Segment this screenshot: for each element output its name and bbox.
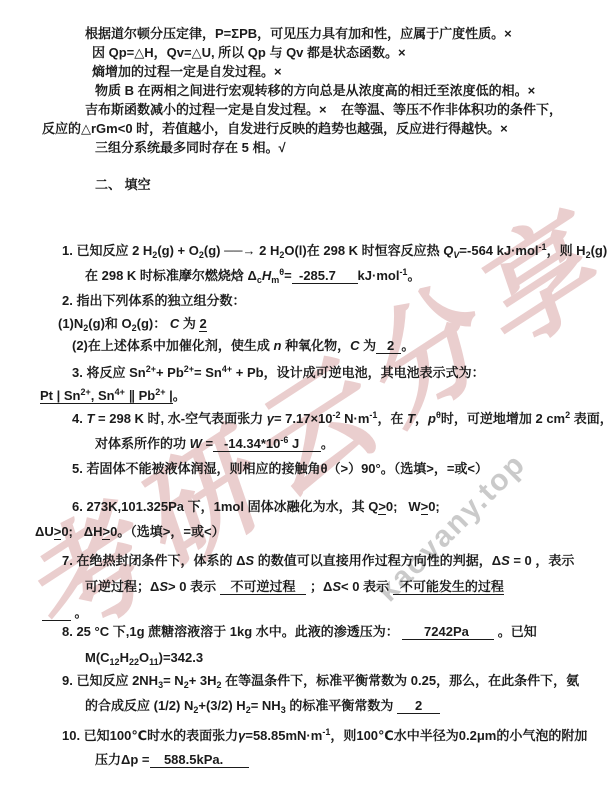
q2-line-1: 2. 指出下列体系的独立组分数： <box>62 292 245 309</box>
text-segment: 9. 已知反应 2NH <box>62 673 158 688</box>
answer-blank: -285.7 <box>292 268 358 284</box>
text-segment: +(3/2) H <box>198 698 245 713</box>
text-segment: 2+ <box>184 364 194 374</box>
q2-line-2: (1)N2(g)和 O2(g)： C 为 2 <box>58 315 207 337</box>
text-segment: 的合成反应 (1/2) N <box>85 698 193 713</box>
text-segment: (2)在上述体系中加催化剂，使生成 <box>72 338 274 353</box>
text-segment: 10. 已知100℃时水的表面张力 <box>62 728 238 743</box>
text-segment: 表面， <box>570 411 608 426</box>
answer-blank: 不可能发生的过程 <box>393 579 504 595</box>
text-segment: ΔU <box>35 524 54 539</box>
q10-line-2: 压力Δp = 588.5kPa. <box>95 751 249 768</box>
text-segment: S <box>245 553 254 568</box>
q7-line-3: 。 <box>42 604 88 621</box>
answer-text: J <box>288 436 321 451</box>
text-segment: 为 <box>359 338 376 353</box>
text-segment: W <box>190 436 202 451</box>
statement-5: 吉布斯函数减小的过程一定是自发过程。× 在等温、等压不作非体积功的条件下， <box>85 101 562 118</box>
text-segment: 。 <box>407 268 420 283</box>
text-segment: O <box>139 650 149 665</box>
text-segment: > 0 表示 <box>168 579 220 594</box>
text-segment: 。 <box>173 388 186 403</box>
text-segment: )=342.3 <box>159 650 203 665</box>
text-segment: T <box>407 411 415 426</box>
answer-text: 2+ <box>80 387 90 397</box>
q4-line-1: 4. T = 298 K 时, 水-空气表面张力 γ= 7.17×10-2 N·… <box>72 407 608 427</box>
q3-line-2: Pt | Sn2+, Sn4+ ∥ Pb2+ |。 <box>40 384 186 404</box>
text-segment: S <box>501 553 510 568</box>
statement-1: 根据道尔顿分压定律，P=ΣPB，可见压力具有加和性，应属于广度性质。× <box>85 25 512 42</box>
text-segment: + Pb <box>156 365 184 380</box>
text-segment: 因 Qp=△H，Qv=△U, 所以 Qp 与 Qv 都是状态函数。× <box>92 45 406 60</box>
statement-4: 物质 B 在两相之间进行宏观转移的方向总是从浓度高的相迁至浓度低的相。× <box>95 82 535 99</box>
text-segment: (g) <box>591 243 608 258</box>
answer-text: ∥ Pb <box>125 388 155 403</box>
text-segment: p <box>428 411 436 426</box>
q4-line-2: 对体系所作的功 W = -14.34*10-6 J 。 <box>95 432 334 452</box>
answer-text: , Sn <box>91 388 115 403</box>
text-segment: 为 <box>179 316 199 331</box>
answer-blank <box>42 605 71 621</box>
exam-page: 考研云分享 kaoyany.top 根据道尔顿分压定律，P=ΣPB，可见压力具有… <box>0 0 608 800</box>
text-segment: S <box>159 579 168 594</box>
answer-blank: 2 <box>199 316 206 332</box>
q6-line-2: ΔU>0; ΔH>0。（选填>，=或<） <box>35 523 225 540</box>
answer-blank: 2 <box>376 338 401 354</box>
text-segment: Q <box>443 243 453 258</box>
text-segment: < 0 表示 <box>341 579 393 594</box>
text-segment: 22 <box>129 657 139 667</box>
text-segment: 在等温条件下，标准平衡常数为 0.25，那么，在此条件下，氨 <box>222 673 580 688</box>
text-segment: = 7.17×10 <box>274 411 333 426</box>
text-segment: 二、 填空 <box>95 177 151 192</box>
document-body: 根据道尔顿分压定律，P=ΣPB，可见压力具有加和性，应属于广度性质。×因 Qp=… <box>0 0 608 800</box>
text-segment: (g) + O <box>157 243 199 258</box>
text-segment: N·m <box>341 411 370 426</box>
text-segment: 。 <box>401 338 414 353</box>
text-segment: =-564 kJ·mol <box>459 243 538 258</box>
answer-text: | <box>165 388 172 403</box>
text-segment: 0。（选填>，=或<） <box>110 524 225 539</box>
text-segment: 4. <box>72 411 86 426</box>
text-segment: + 3H <box>189 673 217 688</box>
text-segment: 7. 在绝热封闭条件下，体系的 Δ <box>62 553 245 568</box>
text-segment: (g)： <box>137 316 170 331</box>
text-segment: 压力Δp = <box>95 752 150 767</box>
answer-blank: 不可逆过程 <box>220 579 307 595</box>
text-segment: = 0 ，表示 <box>510 553 575 568</box>
text-segment: = Sn <box>194 365 222 380</box>
statement-2: 因 Qp=△H，Qv=△U, 所以 Qp 与 Qv 都是状态函数。× <box>92 44 406 61</box>
text-segment: 12 <box>110 657 120 667</box>
text-segment: ，则 H <box>547 243 586 258</box>
text-segment: M(C <box>85 650 110 665</box>
answer-text: 588.5kPa. <box>150 752 249 767</box>
text-segment: 可逆过程；Δ <box>85 579 159 594</box>
text-segment: = NH <box>251 698 281 713</box>
text-segment: 8. 25 °C 下,1g 蔗糖溶液溶于 1kg 水中。此液的渗透压为： <box>62 624 402 639</box>
answer-blank: 2 <box>397 698 440 714</box>
text-segment: (1)N <box>58 316 83 331</box>
answer-text: 不可能发生的过程 <box>393 579 504 594</box>
answer-text: 不可逆过程 <box>220 579 307 594</box>
answer-text: 2 <box>199 316 206 331</box>
answer-text: > <box>378 499 386 514</box>
statement-3: 熵增加的过程一定是自发过程。× <box>92 63 282 80</box>
text-segment: 0; <box>428 499 440 514</box>
q1-line-1: 1. 已知反应 2 H2(g) + O2(g) ──→ 2 H2O(l)在 29… <box>62 239 607 264</box>
answer-text: 7242Pa <box>402 624 494 639</box>
answer-blank: > <box>102 524 110 540</box>
text-segment: 2+ <box>146 364 156 374</box>
text-segment: 三组分系统最多同时存在 5 相。√ <box>95 140 286 155</box>
text-segment: (g)和 O <box>88 316 131 331</box>
answer-blank: -14.34*10-6 J <box>213 436 321 452</box>
text-segment: C <box>170 316 179 331</box>
text-segment: ；Δ <box>306 579 332 594</box>
q8-line-2: M(C12H22O11)=342.3 <box>85 649 203 671</box>
text-segment: = <box>202 436 213 451</box>
text-segment: 熵增加的过程一定是自发过程。× <box>92 64 282 79</box>
text-segment: 0; W <box>386 499 421 514</box>
text-segment: 1. 已知反应 2 H <box>62 243 152 258</box>
q7-line-2: 可逆过程；ΔS> 0 表示 不可逆过程 ；ΔS< 0 表示 不可能发生的过程 <box>85 578 504 595</box>
text-segment: = N <box>163 673 184 688</box>
text-segment: 。 <box>321 436 334 451</box>
text-segment: = 298 K 时, 水-空气表面张力 <box>94 411 266 426</box>
statement-7: 三组分系统最多同时存在 5 相。√ <box>95 139 286 156</box>
answer-text: 2 <box>376 338 401 353</box>
text-segment: kJ·mol <box>358 268 400 283</box>
text-segment: =58.85mN·m <box>245 728 322 743</box>
text-segment: 物质 B 在两相之间进行宏观转移的方向总是从浓度高的相迁至浓度低的相。× <box>95 83 535 98</box>
text-segment: 5. 若固体不能被液体润湿，则相应的接触角θ（>）90°。（选填>，=或<） <box>72 461 488 476</box>
q2-line-3: (2)在上述体系中加催化剂，使生成 n 种氧化物，C 为 2 。 <box>72 337 414 354</box>
text-segment: 反应的△rGm<0 时，若值越小，自发进行反映的趋势也越强，反应进行得越快。× <box>42 121 508 136</box>
answer-blank: Pt | Sn2+, Sn4+ ∥ Pb2+ | <box>40 388 173 404</box>
text-segment: 吉布斯函数减小的过程一定是自发过程。× 在等温、等压不作非体积功的条件下， <box>85 102 562 117</box>
statement-6: 反应的△rGm<0 时，若值越小，自发进行反映的趋势也越强，反应进行得越快。× <box>42 120 508 137</box>
text-segment: ，在 <box>377 411 407 426</box>
q8-line-1: 8. 25 °C 下,1g 蔗糖溶液溶于 1kg 水中。此液的渗透压为： 724… <box>62 623 537 640</box>
section-heading: 二、 填空 <box>95 176 151 193</box>
answer-text: 2 <box>397 698 440 713</box>
text-segment: 根据道尔顿分压定律，P=ΣPB，可见压力具有加和性，应属于广度性质。× <box>85 26 512 41</box>
q1-line-2: 在 298 K 时标准摩尔燃烧焓 ΔcHmθ= -285.7 kJ·mol-1。 <box>85 264 420 289</box>
answer-text: 4+ <box>115 387 125 397</box>
text-segment: O(l)在 298 K 时恒容反应热 <box>284 243 443 258</box>
text-segment: 的数值可以直接用作过程方向性的判据，Δ <box>254 553 501 568</box>
answer-blank: > <box>378 499 386 515</box>
answer-text: -14.34*10 <box>213 436 280 451</box>
answer-text: Pt | Sn <box>40 388 80 403</box>
text-segment: H <box>120 650 129 665</box>
text-segment: 在 298 K 时标准摩尔燃烧焓 Δ <box>85 268 257 283</box>
q9-line-1: 9. 已知反应 2NH3= N2+ 3H2 在等温条件下，标准平衡常数为 0.2… <box>62 672 579 694</box>
answer-text <box>42 605 71 620</box>
text-segment: H <box>262 268 271 283</box>
text-segment: 时，可逆地增加 2 cm <box>441 411 565 426</box>
q5-line-1: 5. 若固体不能被液体润湿，则相应的接触角θ（>）90°。（选填>，=或<） <box>72 460 488 477</box>
q9-line-2: 的合成反应 (1/2) N2+(3/2) H2= NH3 的标准平衡常数为 2 <box>85 697 440 719</box>
q10-line-1: 10. 已知100℃时水的表面张力γ=58.85mN·m-1，则100℃水中半径… <box>62 724 587 744</box>
text-segment: (g) ──→ 2 H <box>204 243 279 258</box>
text-segment: ， <box>415 411 428 426</box>
text-segment: + Pb，设计成可逆电池，其电池表示式为： <box>232 365 484 380</box>
text-segment: 11 <box>149 657 159 667</box>
text-segment: S <box>332 579 341 594</box>
text-segment: 2. 指出下列体系的独立组分数： <box>62 293 245 308</box>
answer-text: -285.7 <box>292 268 358 283</box>
text-segment: 3. 将反应 Sn <box>72 365 146 380</box>
text-segment: = <box>284 268 292 283</box>
q3-line-1: 3. 将反应 Sn2++ Pb2+= Sn4+ + Pb，设计成可逆电池，其电池… <box>72 361 485 381</box>
q6-line-1: 6. 273K,101.325Pa 下，1mol 固体冰融化为水，其 Q>0; … <box>72 498 440 515</box>
text-segment: 。已知 <box>494 624 537 639</box>
text-segment: -1 <box>539 242 547 252</box>
text-segment: -2 <box>333 410 341 420</box>
answer-text: > <box>102 524 110 539</box>
answer-text: 2+ <box>155 387 165 397</box>
text-segment: 0; ΔH <box>61 524 102 539</box>
text-segment: 对体系所作的功 <box>95 436 190 451</box>
answer-blank: 7242Pa <box>402 624 494 640</box>
text-segment: 4+ <box>222 364 232 374</box>
q7-line-1: 7. 在绝热封闭条件下，体系的 ΔS 的数值可以直接用作过程方向性的判据，ΔS … <box>62 552 574 569</box>
text-segment: γ <box>267 411 274 426</box>
text-segment: 6. 273K,101.325Pa 下，1mol 固体冰融化为水，其 Q <box>72 499 378 514</box>
text-segment: ，则100℃水中半径为0.2μm的小气泡的附加 <box>330 728 587 743</box>
text-segment: 。 <box>71 605 88 620</box>
text-segment: 种氧化物， <box>281 338 350 353</box>
answer-blank: 588.5kPa. <box>150 752 249 768</box>
text-segment: 的标准平衡常数为 <box>286 698 397 713</box>
